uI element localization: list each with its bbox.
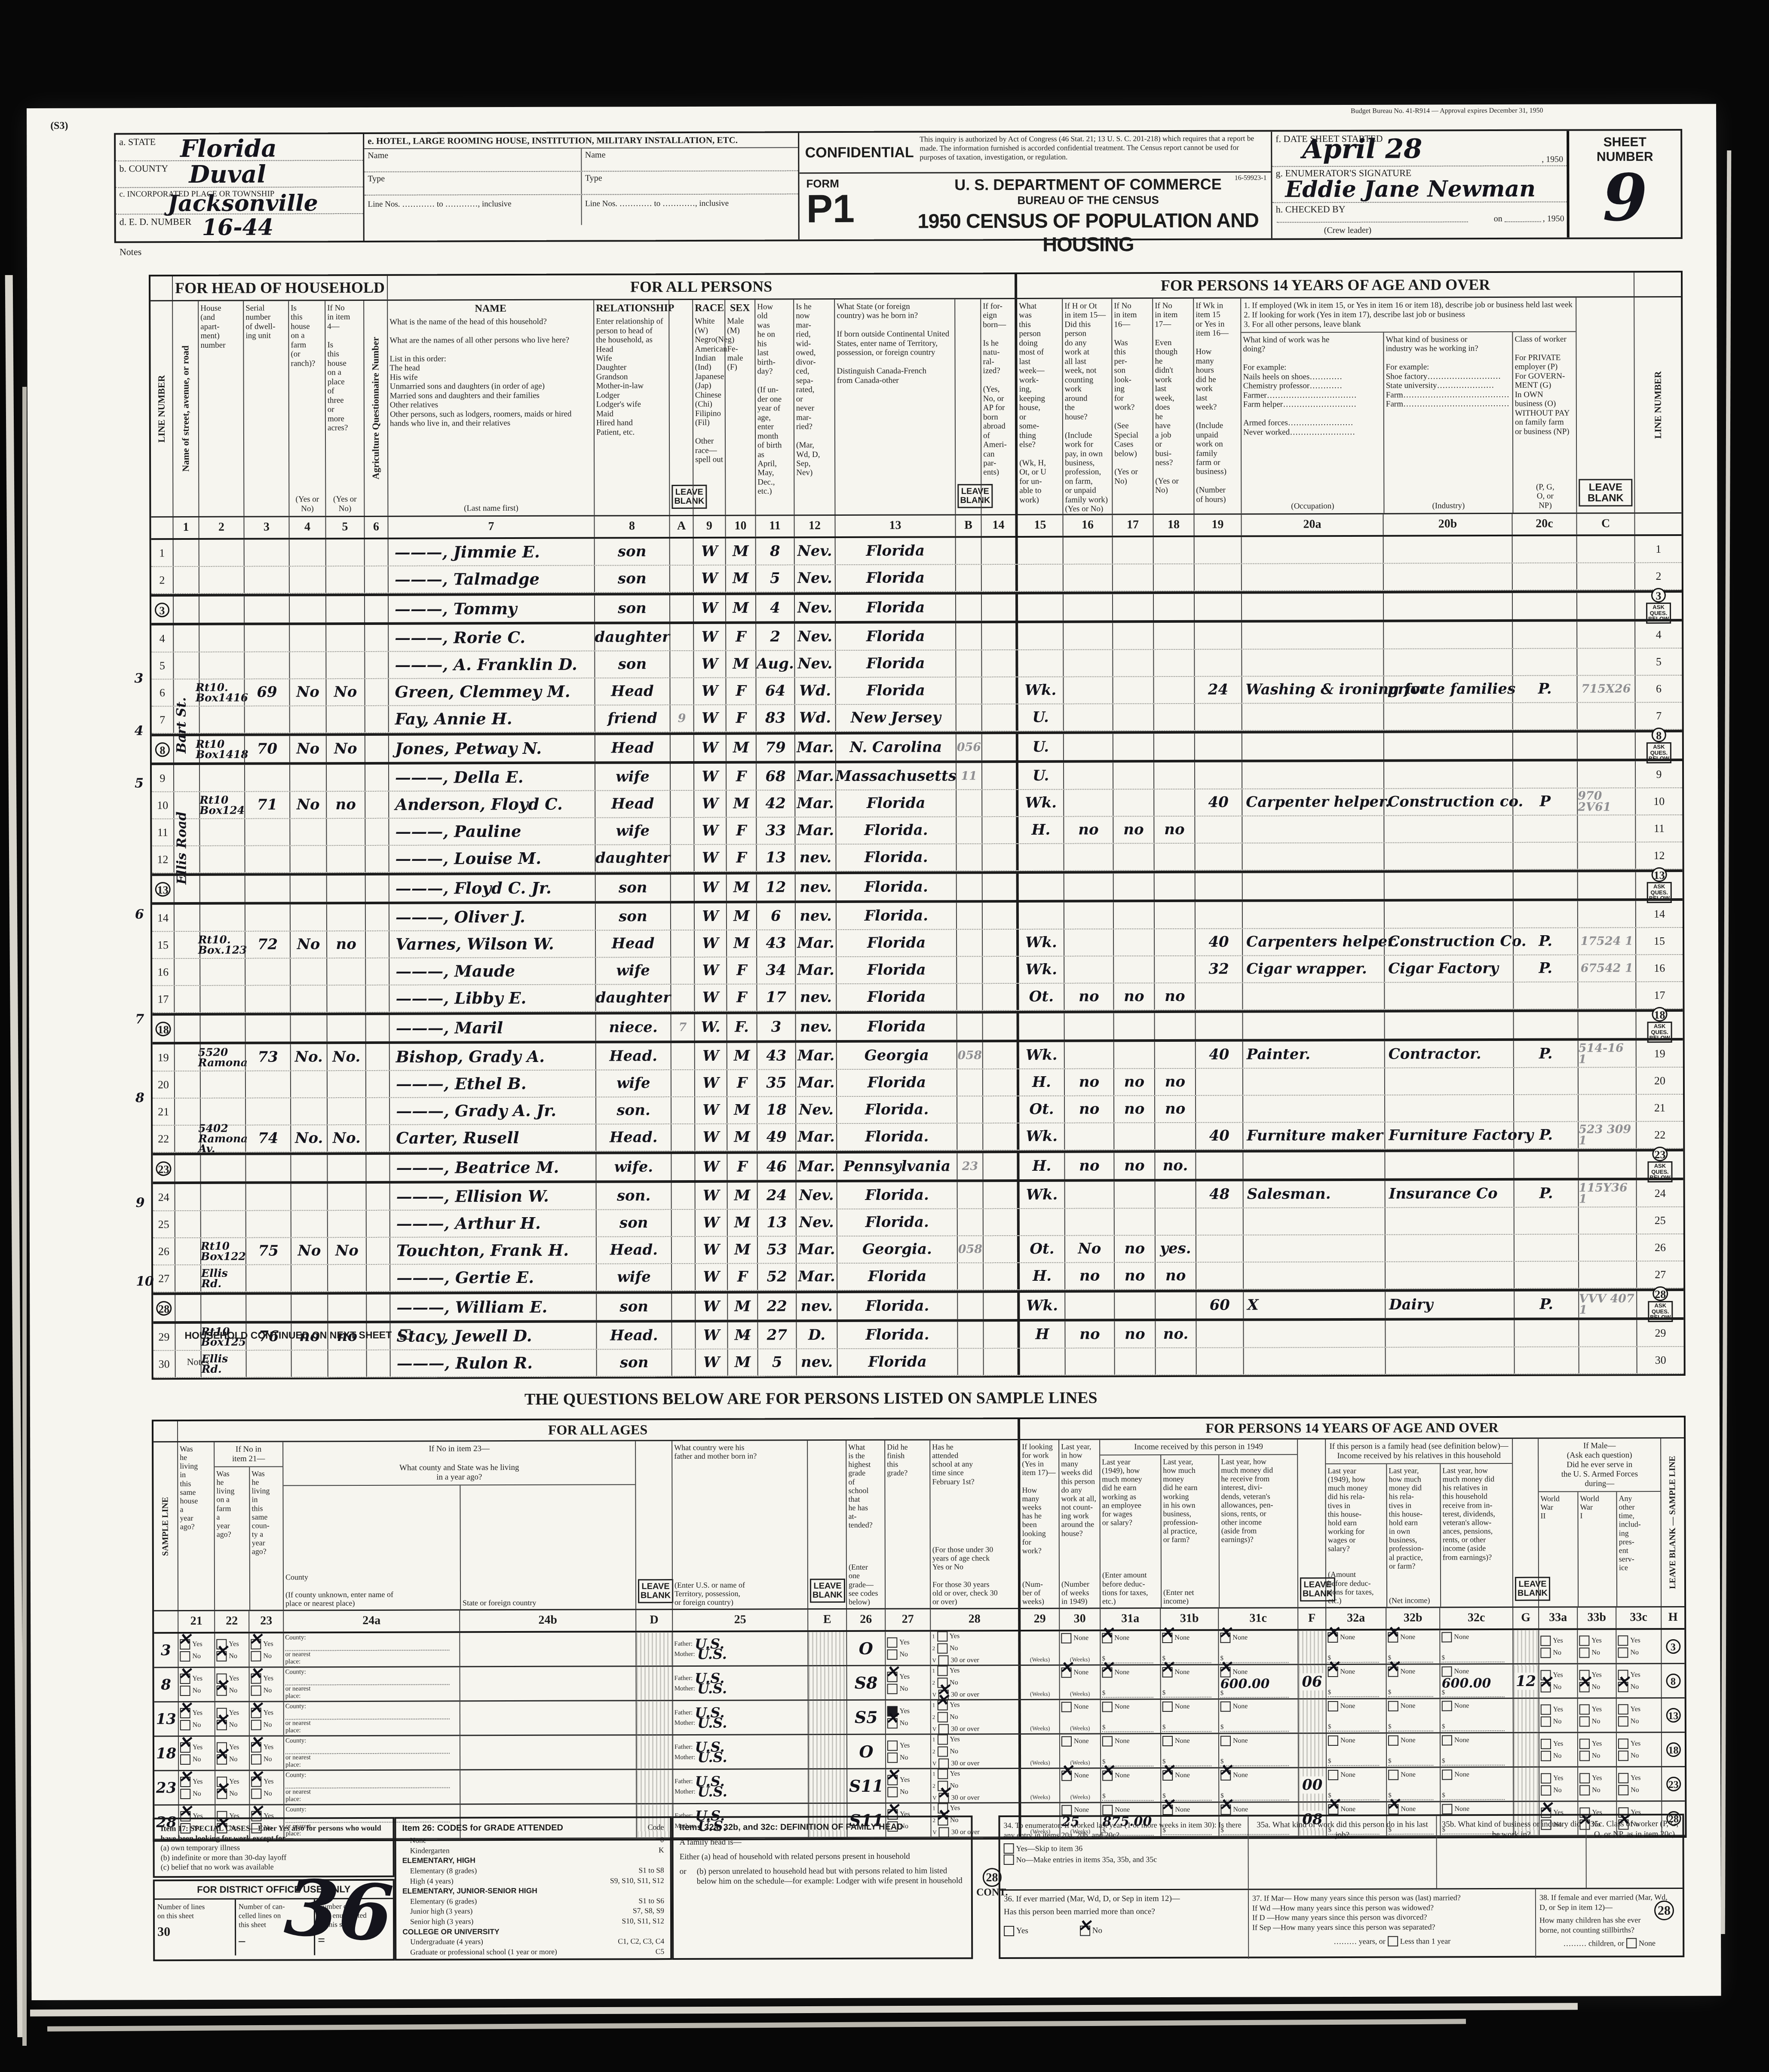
entry-17[interactable]: no xyxy=(1125,1269,1145,1283)
entry-5[interactable]: no xyxy=(336,937,356,951)
entry-11[interactable]: 8 xyxy=(770,545,780,558)
entry-8[interactable]: daughter xyxy=(596,991,671,1005)
entry-16[interactable]: no xyxy=(1079,1102,1099,1116)
s8-q31b-dollar-line[interactable]: $ xyxy=(1162,1689,1211,1698)
entry-7[interactable]: Fay, Annie H. xyxy=(395,711,512,727)
s28-q31b-none-checkbox[interactable] xyxy=(1162,1805,1173,1815)
entry-10[interactable]: M xyxy=(734,1103,750,1117)
entry-10[interactable]: F xyxy=(736,684,746,698)
q28-no-checkbox[interactable] xyxy=(937,1712,947,1722)
entry-8[interactable]: son xyxy=(619,1300,648,1314)
s3-q32a-none-checkbox[interactable] xyxy=(1328,1632,1338,1643)
entry-12[interactable]: Wd. xyxy=(799,711,831,725)
entry-8[interactable]: daughter xyxy=(595,851,670,865)
entry-16[interactable]: No xyxy=(1078,1242,1101,1256)
s23-q30-none-checkbox[interactable] xyxy=(1061,1771,1072,1781)
q28-no-checkbox[interactable] xyxy=(937,1746,947,1757)
mother-value[interactable]: U.S. xyxy=(697,1718,727,1727)
entry-3[interactable]: 69 xyxy=(257,686,277,699)
entry-8[interactable]: wife xyxy=(616,770,650,784)
s8-q21-yes-checkbox[interactable] xyxy=(180,1674,190,1684)
entry-20c[interactable]: P. xyxy=(1539,1128,1553,1142)
s18-q32a-dollar-line[interactable]: $ xyxy=(1328,1758,1379,1766)
entry-15[interactable]: U. xyxy=(1033,740,1049,754)
s18-q33b-no-checkbox[interactable] xyxy=(1579,1751,1590,1761)
entry-19[interactable]: 60 xyxy=(1210,1298,1230,1312)
entry-18[interactable]: no xyxy=(1164,823,1184,836)
entry-10[interactable]: M xyxy=(733,545,749,558)
entry-12[interactable]: Mar. xyxy=(797,769,834,784)
entry-5[interactable]: No. xyxy=(332,1050,360,1064)
entry-15[interactable]: Ot. xyxy=(1029,1102,1054,1116)
checked-by-blank[interactable] xyxy=(1277,221,1468,223)
entry-8[interactable]: wife xyxy=(616,1077,650,1091)
s8-q32b-dollar-line[interactable]: $ xyxy=(1388,1689,1433,1697)
entry-A[interactable]: 7 xyxy=(679,1022,687,1033)
s18-q30-none-checkbox[interactable] xyxy=(1061,1736,1072,1747)
entry-2[interactable]: Rt10 Box124 xyxy=(199,795,245,815)
entry-3[interactable]: 74 xyxy=(258,1132,278,1145)
grade-value[interactable]: S8 xyxy=(849,1673,884,1692)
county-value[interactable]: Duval xyxy=(189,160,266,189)
s3-q32c-none-checkbox[interactable] xyxy=(1441,1632,1452,1642)
place-value[interactable]: Jacksonville xyxy=(168,190,318,217)
s3-q22-no-checkbox[interactable] xyxy=(216,1651,227,1661)
entry-B[interactable]: 056 xyxy=(957,742,981,753)
entry-9[interactable]: W xyxy=(703,1160,719,1174)
s8-q31c-amount[interactable]: 600.00 xyxy=(1220,1678,1297,1689)
s18-q32b-none-checkbox[interactable] xyxy=(1388,1735,1398,1746)
s8-q32c-dollar-line[interactable]: $ xyxy=(1442,1689,1505,1697)
item37-lessthan-checkbox[interactable] xyxy=(1388,1936,1398,1947)
entry-12[interactable]: Mar. xyxy=(797,936,834,950)
item38-none-checkbox[interactable] xyxy=(1626,1938,1637,1948)
checked-date-blank[interactable] xyxy=(1505,221,1541,222)
enumerator-signature[interactable]: Eddie Jane Newman xyxy=(1285,176,1536,203)
entry-12[interactable]: nev. xyxy=(800,990,832,1004)
entry-20b[interactable]: Contractor. xyxy=(1389,1047,1481,1061)
entry-16[interactable]: no xyxy=(1079,990,1099,1004)
s13-q31a-none-checkbox[interactable] xyxy=(1102,1702,1113,1712)
entry-9[interactable]: W xyxy=(701,601,717,615)
entry-4[interactable]: No xyxy=(297,798,320,812)
entry-C[interactable]: 715X26 xyxy=(1582,683,1631,695)
entry-12[interactable]: Mar. xyxy=(797,963,834,977)
s13-q32c-none-checkbox[interactable] xyxy=(1442,1701,1452,1711)
s28-q32a-none-checkbox[interactable] xyxy=(1328,1804,1338,1815)
entry-12[interactable]: Nev. xyxy=(797,571,832,585)
entry-19[interactable]: 40 xyxy=(1209,1048,1229,1062)
entry-3[interactable]: 73 xyxy=(258,1050,278,1064)
entry-9[interactable]: W xyxy=(702,909,718,923)
entry-13[interactable]: Florida xyxy=(868,1355,926,1369)
entry-15[interactable]: Wk. xyxy=(1026,1129,1058,1143)
entry-15[interactable]: Wk. xyxy=(1025,963,1057,976)
entry-B[interactable]: 058 xyxy=(958,1244,982,1255)
entry-15[interactable]: Wk. xyxy=(1026,1299,1058,1313)
entry-9[interactable]: W xyxy=(702,741,718,755)
entry-16[interactable]: no xyxy=(1078,823,1098,837)
entry-11[interactable]: 64 xyxy=(765,684,785,698)
entry-8[interactable]: son xyxy=(620,1356,649,1370)
code-F[interactable]: 06 xyxy=(1300,1673,1324,1690)
entry-20a[interactable]: Cigar wrapper. xyxy=(1246,962,1367,976)
entry-11[interactable]: 42 xyxy=(766,797,786,811)
s8-q33c-no-checkbox[interactable] xyxy=(1618,1682,1628,1692)
s13-q23-no-checkbox[interactable] xyxy=(251,1720,261,1730)
entry-2[interactable]: 5520 Ramona xyxy=(198,1047,248,1068)
entry-7[interactable]: Anderson, Floyd C. xyxy=(395,797,563,812)
entry-8[interactable]: Head. xyxy=(610,1243,658,1258)
s18-q32b-dollar-line[interactable]: $ xyxy=(1388,1757,1433,1766)
entry-9[interactable]: W xyxy=(703,1328,720,1342)
entry-16[interactable]: no xyxy=(1079,1328,1100,1341)
entry-10[interactable]: M xyxy=(733,741,749,755)
entry-15[interactable]: H. xyxy=(1032,1075,1051,1089)
entry-15[interactable]: H. xyxy=(1033,1269,1052,1283)
s8-q23-yes-checkbox[interactable] xyxy=(251,1673,261,1683)
street-name-note[interactable]: Bart St. xyxy=(174,697,189,753)
item36-no-checkbox[interactable] xyxy=(1080,1925,1090,1936)
entry-11[interactable]: 3 xyxy=(771,1020,782,1034)
entry-7[interactable]: ———, Rorie C. xyxy=(395,630,525,646)
s3-q23-yes-checkbox[interactable] xyxy=(251,1639,261,1649)
entry-8[interactable]: son. xyxy=(616,1104,650,1118)
entry-12[interactable]: Nev. xyxy=(797,630,832,644)
entry-10[interactable]: F xyxy=(736,824,746,838)
entry-C[interactable]: 67542 1 xyxy=(1581,963,1633,974)
state-value[interactable]: Florida xyxy=(180,134,277,163)
entry-13[interactable]: Georgia xyxy=(865,1049,929,1063)
entry-8[interactable]: wife xyxy=(616,824,650,839)
q28-no-checkbox[interactable] xyxy=(937,1643,947,1653)
s23-q23-no-checkbox[interactable] xyxy=(251,1788,261,1799)
entry-15[interactable]: H. xyxy=(1032,1159,1051,1173)
s13-q31a-dollar-line[interactable]: $ xyxy=(1102,1724,1153,1732)
entry-10[interactable]: M xyxy=(734,1243,751,1257)
entry-C[interactable]: 523 309 1 xyxy=(1579,1124,1636,1146)
entry-11[interactable]: 46 xyxy=(766,1160,787,1174)
entry-20a[interactable]: X xyxy=(1247,1298,1258,1312)
hotel-type-left[interactable]: Type xyxy=(364,172,582,195)
entry-10[interactable]: F xyxy=(736,711,746,725)
entry-12[interactable]: nev. xyxy=(800,1299,833,1313)
hotel-name-left[interactable]: Name xyxy=(364,149,582,171)
entry-12[interactable]: Mar. xyxy=(798,1160,835,1174)
entry-7[interactable]: ———, Arthur H. xyxy=(396,1216,541,1231)
entry-10[interactable]: M xyxy=(733,881,750,894)
code-F[interactable]: 00 xyxy=(1300,1776,1324,1793)
entry-8[interactable]: son xyxy=(618,658,647,671)
entry-17[interactable]: no xyxy=(1123,823,1144,837)
entry-10[interactable]: F xyxy=(737,1076,747,1090)
entry-18[interactable]: no. xyxy=(1163,1159,1188,1172)
entry-3[interactable]: 75 xyxy=(258,1244,279,1258)
entry-7[interactable]: ———, Jimmie E. xyxy=(395,545,540,560)
entry-9[interactable]: W xyxy=(702,937,718,950)
entry-17[interactable]: no xyxy=(1124,1102,1144,1116)
household-sequence-mark[interactable]: 4 xyxy=(135,723,144,738)
household-sequence-mark[interactable]: 6 xyxy=(135,907,144,922)
entry-13[interactable]: N. Carolina xyxy=(849,741,942,755)
entry-7[interactable]: ———, Floyd C. Jr. xyxy=(395,881,552,896)
s18-q23-no-checkbox[interactable] xyxy=(251,1754,261,1764)
entry-13[interactable]: Florida xyxy=(868,1270,926,1284)
entry-9[interactable]: W xyxy=(703,1300,720,1313)
s23-q33c-no-checkbox[interactable] xyxy=(1618,1785,1628,1795)
s8-q22-no-checkbox[interactable] xyxy=(217,1685,227,1696)
s18-q33a-yes-checkbox[interactable] xyxy=(1541,1738,1551,1749)
entry-13[interactable]: New Jersey xyxy=(851,711,941,725)
s3-q33a-yes-checkbox[interactable] xyxy=(1540,1635,1551,1646)
s8-q27-no-checkbox[interactable] xyxy=(887,1683,898,1694)
entry-7[interactable]: ———, Ethel B. xyxy=(396,1076,527,1092)
entry-9[interactable]: W xyxy=(703,1243,719,1257)
mother-value[interactable]: U.S. xyxy=(698,1787,727,1796)
entry-12[interactable]: nev. xyxy=(800,880,832,894)
code-G[interactable]: 12 xyxy=(1515,1672,1537,1689)
entry-9[interactable]: W xyxy=(702,881,718,894)
entry-16[interactable]: no xyxy=(1079,1075,1099,1089)
entry-17[interactable]: no xyxy=(1124,1159,1144,1173)
entry-11[interactable]: 49 xyxy=(766,1130,787,1144)
s3-q32c-dollar-line[interactable]: $ xyxy=(1441,1654,1504,1662)
entry-7[interactable]: ———, Libby E. xyxy=(395,991,526,1006)
entry-11[interactable]: 17 xyxy=(766,991,786,1004)
entry-17[interactable]: no xyxy=(1125,1242,1145,1256)
entry-7[interactable]: Varnes, Wilson W. xyxy=(395,937,554,952)
entry-20a[interactable]: Painter. xyxy=(1247,1048,1310,1062)
s8-q33a-no-checkbox[interactable] xyxy=(1541,1682,1551,1692)
entry-10[interactable]: M xyxy=(733,572,749,585)
entry-10[interactable]: M xyxy=(733,601,749,615)
s18-q33c-yes-checkbox[interactable] xyxy=(1618,1738,1628,1749)
entry-B[interactable]: 11 xyxy=(961,771,977,782)
entry-11[interactable]: 27 xyxy=(767,1328,787,1342)
entry-20b[interactable]: Dairy xyxy=(1389,1298,1433,1312)
entry-9[interactable]: W xyxy=(702,1076,719,1090)
entry-16[interactable]: no xyxy=(1079,1269,1100,1283)
entry-8[interactable]: daughter xyxy=(595,630,670,644)
entry-13[interactable]: Florida. xyxy=(865,1103,929,1117)
entry-5[interactable]: no xyxy=(335,798,356,811)
s3-q27-no-checkbox[interactable] xyxy=(887,1649,897,1659)
entry-9[interactable]: W xyxy=(702,630,718,644)
entry-13[interactable]: Florida xyxy=(866,657,925,671)
s18-q27-yes-checkbox[interactable] xyxy=(887,1740,898,1751)
entry-13[interactable]: Florida xyxy=(866,684,925,698)
s13-q32a-dollar-line[interactable]: $ xyxy=(1328,1723,1379,1732)
entry-4[interactable]: No xyxy=(297,938,320,952)
entry-13[interactable]: Florida. xyxy=(865,880,928,894)
entry-11[interactable]: 5 xyxy=(772,1356,782,1369)
s28-q31a-none-checkbox[interactable] xyxy=(1102,1805,1113,1815)
s3-q31a-none-checkbox[interactable] xyxy=(1102,1633,1112,1643)
item34-no-checkbox[interactable] xyxy=(1004,1855,1014,1865)
entry-10[interactable]: M xyxy=(734,1049,750,1063)
q28-over30-checkbox[interactable] xyxy=(939,1793,949,1803)
entry-4[interactable]: No. xyxy=(295,1132,323,1145)
entry-15[interactable]: Wk. xyxy=(1026,1188,1058,1202)
entry-10[interactable]: M xyxy=(734,1130,750,1144)
entry-13[interactable]: Georgia. xyxy=(862,1243,932,1257)
sample-line-handwritten[interactable]: 13 xyxy=(156,1711,177,1728)
entry-4[interactable]: No. xyxy=(295,1050,323,1064)
sample-line-handwritten[interactable]: 18 xyxy=(156,1745,177,1762)
entry-5[interactable]: No xyxy=(335,1244,359,1258)
entry-13[interactable]: Florida. xyxy=(865,909,928,923)
s23-q33b-yes-checkbox[interactable] xyxy=(1579,1773,1590,1783)
entry-7[interactable]: Green, Clemmey M. xyxy=(395,684,570,700)
s23-q21-yes-checkbox[interactable] xyxy=(180,1777,190,1787)
s13-q33b-no-checkbox[interactable] xyxy=(1579,1716,1590,1726)
entry-13[interactable]: Florida. xyxy=(864,823,928,838)
sample-line-handwritten[interactable]: 23 xyxy=(156,1779,177,1797)
entry-18[interactable]: yes. xyxy=(1160,1242,1191,1255)
s23-q23-yes-checkbox[interactable] xyxy=(251,1776,261,1787)
s13-q23-yes-checkbox[interactable] xyxy=(251,1708,261,1718)
entry-15[interactable]: Wk. xyxy=(1025,936,1057,949)
item34-yes-checkbox[interactable] xyxy=(1004,1843,1014,1854)
entry-13[interactable]: Florida xyxy=(867,1020,926,1034)
s23-q32a-none-checkbox[interactable] xyxy=(1328,1770,1338,1780)
entry-10[interactable]: F xyxy=(736,630,746,644)
grade-value[interactable]: O xyxy=(849,1742,884,1761)
entry-7[interactable]: ———, Beatrice M. xyxy=(396,1160,559,1175)
entry-7[interactable]: Carter, Rusell xyxy=(396,1130,519,1146)
entry-13[interactable]: Massachusetts xyxy=(835,769,957,784)
entry-10[interactable]: F xyxy=(736,964,747,977)
entry-13[interactable]: Pennsylvania xyxy=(843,1160,950,1174)
entry-19[interactable]: 24 xyxy=(1208,683,1228,697)
entry-7[interactable]: ———, Rulon R. xyxy=(397,1356,533,1371)
entry-12[interactable]: Nev. xyxy=(799,1215,834,1230)
entry-8[interactable]: Head. xyxy=(610,1329,658,1343)
entry-20c[interactable]: P. xyxy=(1538,682,1552,696)
entry-11[interactable]: 4 xyxy=(770,601,780,615)
entry-7[interactable]: Jones, Petway N. xyxy=(395,741,542,756)
entry-20b[interactable]: Furniture Factory xyxy=(1389,1128,1533,1142)
entry-9[interactable]: W xyxy=(701,545,717,558)
entry-11[interactable]: 35 xyxy=(766,1076,786,1090)
entry-11[interactable]: 13 xyxy=(766,1216,787,1230)
household-sequence-mark[interactable]: 7 xyxy=(135,1012,144,1027)
s13-q32a-none-checkbox[interactable] xyxy=(1328,1701,1338,1711)
entry-10[interactable]: M xyxy=(733,657,749,671)
s23-q33c-yes-checkbox[interactable] xyxy=(1618,1773,1628,1783)
entry-C[interactable]: 17524 1 xyxy=(1580,936,1633,947)
entry-8[interactable]: son xyxy=(619,910,647,924)
entry-17[interactable]: no xyxy=(1124,990,1144,1004)
entry-20a[interactable]: Furniture maker xyxy=(1247,1129,1383,1143)
s3-q21-no-checkbox[interactable] xyxy=(180,1651,190,1662)
entry-9[interactable]: W xyxy=(703,1189,719,1203)
entry-9[interactable]: W. xyxy=(701,1020,720,1034)
s13-q33c-yes-checkbox[interactable] xyxy=(1618,1704,1628,1714)
s23-q33b-no-checkbox[interactable] xyxy=(1579,1785,1590,1795)
s3-q30-none-checkbox[interactable] xyxy=(1061,1633,1071,1644)
entry-12[interactable]: nev. xyxy=(800,851,832,864)
s3-q27-yes-checkbox[interactable] xyxy=(887,1637,897,1647)
s8-q31a-none-checkbox[interactable] xyxy=(1102,1667,1113,1677)
s13-q31c-none-checkbox[interactable] xyxy=(1220,1702,1231,1712)
entry-8[interactable]: wife. xyxy=(614,1160,653,1175)
entry-7[interactable]: ———, Talmadge xyxy=(395,572,540,587)
entry-8[interactable]: son xyxy=(618,545,647,559)
entry-10[interactable]: M xyxy=(735,1356,751,1369)
entry-7[interactable]: ———, Tommy xyxy=(395,601,517,617)
s3-q23-no-checkbox[interactable] xyxy=(251,1651,261,1661)
hotel-name-right[interactable]: Name xyxy=(582,148,798,171)
entry-9[interactable]: W xyxy=(703,1130,719,1144)
entry-15[interactable]: Wk. xyxy=(1026,1048,1058,1062)
entry-20c[interactable]: P. xyxy=(1539,934,1552,948)
s18-q33c-no-checkbox[interactable] xyxy=(1618,1751,1628,1761)
s8-q27-yes-checkbox[interactable] xyxy=(887,1671,898,1682)
entry-7[interactable]: ———, Pauline xyxy=(395,824,521,839)
s23-q31a-none-checkbox[interactable] xyxy=(1102,1770,1113,1781)
entry-12[interactable]: Nev. xyxy=(797,601,832,615)
entry-20a[interactable]: Salesman. xyxy=(1247,1187,1331,1201)
entry-11[interactable]: 83 xyxy=(765,711,785,725)
q28-yes-checkbox[interactable] xyxy=(937,1665,947,1676)
entry-11[interactable]: 53 xyxy=(766,1243,787,1257)
entry-12[interactable]: Mar. xyxy=(797,823,834,838)
entry-9[interactable]: W xyxy=(703,1216,719,1230)
s23-q32c-none-checkbox[interactable] xyxy=(1442,1769,1452,1780)
entry-13[interactable]: Florida xyxy=(866,630,925,644)
entry-A[interactable]: 9 xyxy=(678,713,686,724)
q28-over30-checkbox[interactable] xyxy=(938,1758,949,1769)
entry-8[interactable]: Head xyxy=(612,937,655,951)
entry-19[interactable]: 32 xyxy=(1209,962,1229,976)
entry-9[interactable]: W xyxy=(702,657,718,671)
entry-11[interactable]: 24 xyxy=(766,1189,787,1203)
entry-9[interactable]: W xyxy=(703,1356,720,1369)
s23-q32b-none-checkbox[interactable] xyxy=(1388,1770,1398,1780)
entry-11[interactable]: 2 xyxy=(770,630,780,644)
entry-20b[interactable]: Construction co. xyxy=(1388,795,1523,809)
s23-q33a-yes-checkbox[interactable] xyxy=(1541,1773,1551,1783)
entry-15[interactable]: Wk. xyxy=(1025,683,1057,697)
s23-q21-no-checkbox[interactable] xyxy=(180,1789,190,1799)
entry-7[interactable]: ———, A. Franklin D. xyxy=(395,657,577,673)
entry-18[interactable]: no xyxy=(1165,1269,1186,1282)
entry-8[interactable]: niece. xyxy=(609,1021,658,1035)
entry-18[interactable]: no. xyxy=(1163,1327,1189,1341)
entry-10[interactable]: F xyxy=(737,1160,747,1174)
entry-11[interactable]: 68 xyxy=(765,770,785,784)
entry-11[interactable]: 12 xyxy=(766,881,786,894)
s18-q33b-yes-checkbox[interactable] xyxy=(1579,1738,1590,1749)
s23-q27-no-checkbox[interactable] xyxy=(887,1787,898,1797)
entry-12[interactable]: Mar. xyxy=(797,796,834,811)
s8-q23-no-checkbox[interactable] xyxy=(251,1685,261,1696)
entry-19[interactable]: 48 xyxy=(1209,1187,1229,1201)
entry-7[interactable]: ———, Grady A. Jr. xyxy=(396,1103,556,1119)
entry-18[interactable]: no xyxy=(1165,1075,1185,1089)
s23-q33a-no-checkbox[interactable] xyxy=(1541,1785,1551,1795)
entry-3[interactable]: 70 xyxy=(257,742,277,756)
s13-q32c-dollar-line[interactable]: $ xyxy=(1442,1723,1505,1731)
s8-q32b-none-checkbox[interactable] xyxy=(1388,1667,1398,1677)
s13-q33b-yes-checkbox[interactable] xyxy=(1579,1704,1590,1714)
entry-15[interactable]: Ot. xyxy=(1029,990,1054,1004)
q28-yes-checkbox[interactable] xyxy=(938,1769,948,1779)
q28-over30-checkbox[interactable] xyxy=(938,1724,949,1734)
entry-7[interactable]: ———, Oliver J. xyxy=(395,909,525,925)
entry-8[interactable]: son xyxy=(619,1216,648,1230)
